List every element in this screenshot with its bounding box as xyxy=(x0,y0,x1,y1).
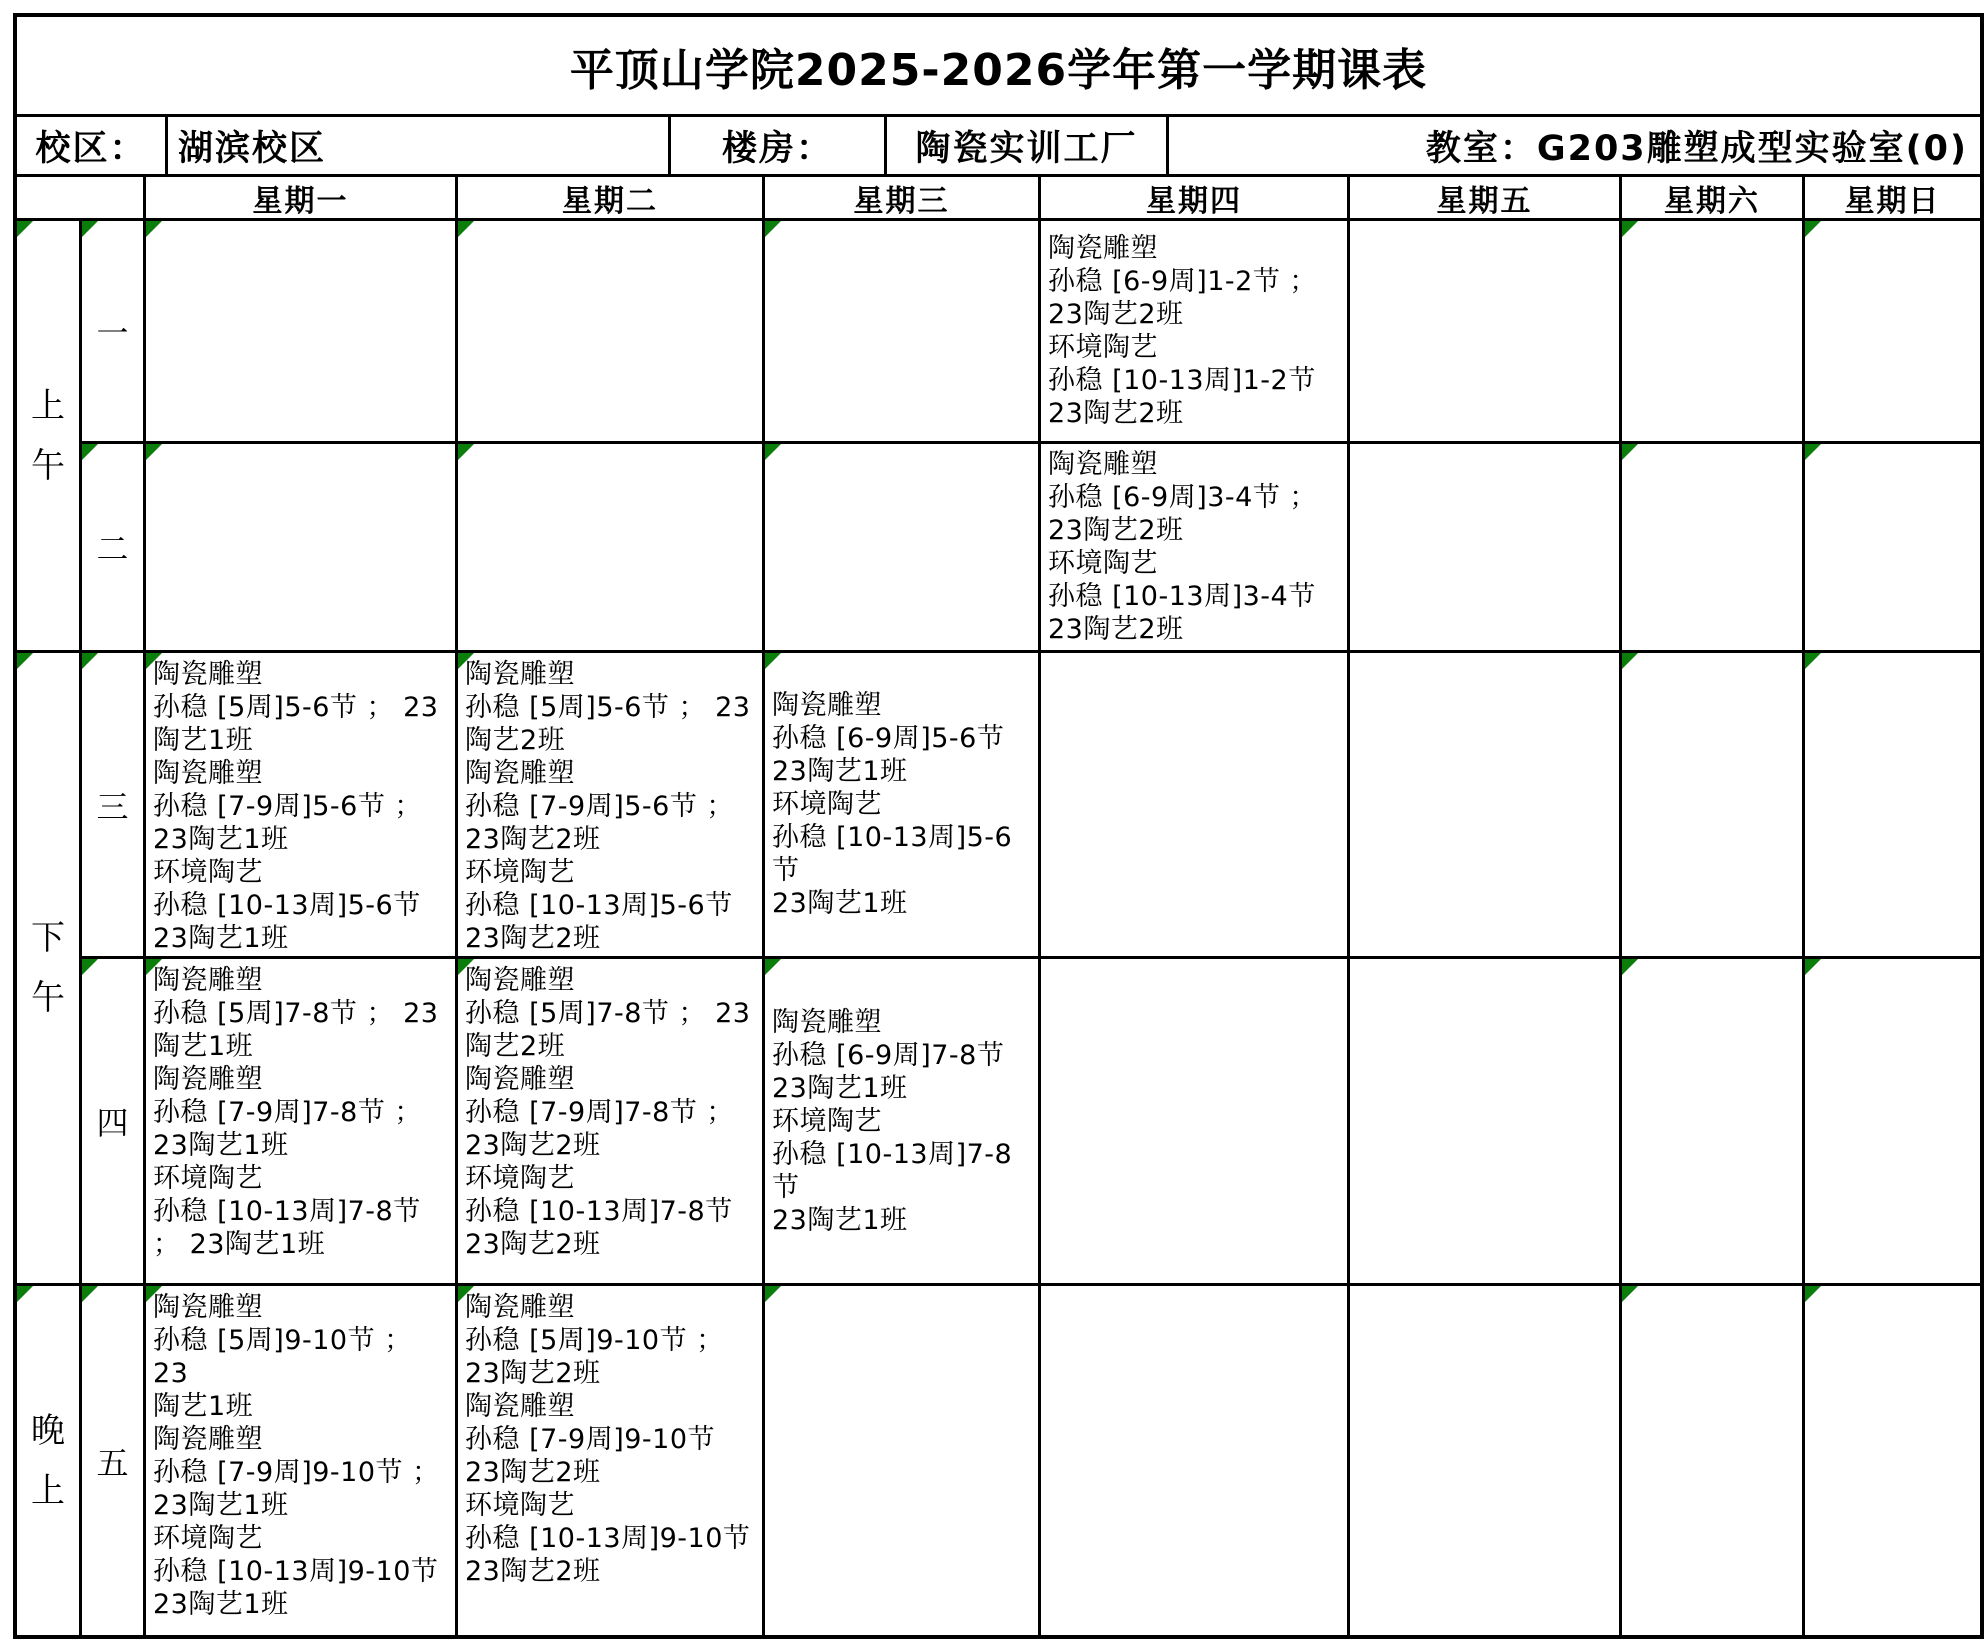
cell-thursday-period3 xyxy=(1041,653,1350,959)
cell-monday-period2 xyxy=(146,444,458,653)
cell-monday-period5: 陶瓷雕塑 孙稳 [5周]9-10节 ； 23 陶艺1班 陶瓷雕塑 孙稳 [7-9… xyxy=(146,1286,458,1635)
cell-friday-period5 xyxy=(1350,1286,1622,1635)
period-label-5: 五 xyxy=(82,1286,146,1635)
cell-saturday-period5 xyxy=(1622,1286,1805,1635)
cell-monday-period3: 陶瓷雕塑 孙稳 [5周]5-6节 ； 23 陶艺1班 陶瓷雕塑 孙稳 [7-9周… xyxy=(146,653,458,959)
campus-label: 校区： xyxy=(17,117,168,174)
cell-sunday-period2 xyxy=(1805,444,1980,653)
cell-sunday-period1 xyxy=(1805,221,1980,444)
cell-friday-period1 xyxy=(1350,221,1622,444)
day-header-sunday: 星期日 xyxy=(1805,177,1980,221)
comment-flag-icon xyxy=(17,1286,33,1302)
cell-thursday-period1: 陶瓷雕塑 孙稳 [6-9周]1-2节 ； 23陶艺2班 环境陶艺 孙稳 [10-… xyxy=(1041,221,1350,444)
comment-flag-icon xyxy=(17,653,33,669)
cell-tuesday-period3: 陶瓷雕塑 孙稳 [5周]5-6节 ； 23 陶艺2班 陶瓷雕塑 孙稳 [7-9周… xyxy=(458,653,765,959)
cell-thursday-period2: 陶瓷雕塑 孙稳 [6-9周]3-4节 ； 23陶艺2班 环境陶艺 孙稳 [10-… xyxy=(1041,444,1350,653)
time-section-afternoon: 下 午 xyxy=(17,653,82,1286)
cell-tuesday-period1 xyxy=(458,221,765,444)
comment-flag-icon xyxy=(17,221,33,237)
timetable-sheet: 平顶山学院2025-2026学年第一学期课表 校区： 湖滨校区 楼房： 陶瓷实训… xyxy=(13,13,1984,1639)
cell-friday-period4 xyxy=(1350,959,1622,1286)
cell-tuesday-period2 xyxy=(458,444,765,653)
cell-sunday-period5 xyxy=(1805,1286,1980,1635)
campus-value: 湖滨校区 xyxy=(168,117,671,174)
cell-saturday-period2 xyxy=(1622,444,1805,653)
page-title: 平顶山学院2025-2026学年第一学期课表 xyxy=(17,17,1980,117)
cell-saturday-period4 xyxy=(1622,959,1805,1286)
building-label: 楼房： xyxy=(671,117,887,174)
cell-tuesday-period4: 陶瓷雕塑 孙稳 [5周]7-8节 ； 23 陶艺2班 陶瓷雕塑 孙稳 [7-9周… xyxy=(458,959,765,1286)
cell-friday-period2 xyxy=(1350,444,1622,653)
cell-sunday-period4 xyxy=(1805,959,1980,1286)
cell-wednesday-period2 xyxy=(765,444,1041,653)
comment-flag-icon xyxy=(82,959,98,975)
cell-tuesday-period5: 陶瓷雕塑 孙稳 [5周]9-10节 ； 23陶艺2班 陶瓷雕塑 孙稳 [7-9周… xyxy=(458,1286,765,1635)
comment-flag-icon xyxy=(82,444,98,460)
building-value: 陶瓷实训工厂 xyxy=(887,117,1169,174)
cell-saturday-period1 xyxy=(1622,221,1805,444)
cell-friday-period3 xyxy=(1350,653,1622,959)
period-label-2: 二 xyxy=(82,444,146,653)
comment-flag-icon xyxy=(82,1286,98,1302)
cell-wednesday-period4: 陶瓷雕塑 孙稳 [6-9周]7-8节 23陶艺1班 环境陶艺 孙稳 [10-13… xyxy=(765,959,1041,1286)
time-section-morning: 上 午 xyxy=(17,221,82,653)
cell-wednesday-period3: 陶瓷雕塑 孙稳 [6-9周]5-6节 23陶艺1班 环境陶艺 孙稳 [10-13… xyxy=(765,653,1041,959)
period-label-1: 一 xyxy=(82,221,146,444)
day-header-saturday: 星期六 xyxy=(1622,177,1805,221)
info-strip: 校区： 湖滨校区 楼房： 陶瓷实训工厂 教室：G203雕塑成型实验室(0) xyxy=(17,117,1980,177)
cell-monday-period4: 陶瓷雕塑 孙稳 [5周]7-8节 ； 23 陶艺1班 陶瓷雕塑 孙稳 [7-9周… xyxy=(146,959,458,1286)
comment-flag-icon xyxy=(765,959,781,975)
cell-thursday-period5 xyxy=(1041,1286,1350,1635)
cell-thursday-period4 xyxy=(1041,959,1350,1286)
comment-flag-icon xyxy=(765,653,781,669)
day-header-wednesday: 星期三 xyxy=(765,177,1041,221)
period-label-4: 四 xyxy=(82,959,146,1286)
day-header-thursday: 星期四 xyxy=(1041,177,1350,221)
time-section-evening: 晚 上 xyxy=(17,1286,82,1635)
timetable-grid: 平顶山学院2025-2026学年第一学期课表 校区： 湖滨校区 楼房： 陶瓷实训… xyxy=(17,17,1980,1635)
day-header-monday: 星期一 xyxy=(146,177,458,221)
room-text: 教室：G203雕塑成型实验室(0) xyxy=(1169,117,1980,174)
period-label-3: 三 xyxy=(82,653,146,959)
cell-sunday-period3 xyxy=(1805,653,1980,959)
comment-flag-icon xyxy=(82,653,98,669)
header-corner-cell xyxy=(17,177,146,221)
cell-monday-period1 xyxy=(146,221,458,444)
day-header-tuesday: 星期二 xyxy=(458,177,765,221)
comment-flag-icon xyxy=(82,221,98,237)
cell-wednesday-period1 xyxy=(765,221,1041,444)
cell-saturday-period3 xyxy=(1622,653,1805,959)
cell-wednesday-period5 xyxy=(765,1286,1041,1635)
day-header-friday: 星期五 xyxy=(1350,177,1622,221)
